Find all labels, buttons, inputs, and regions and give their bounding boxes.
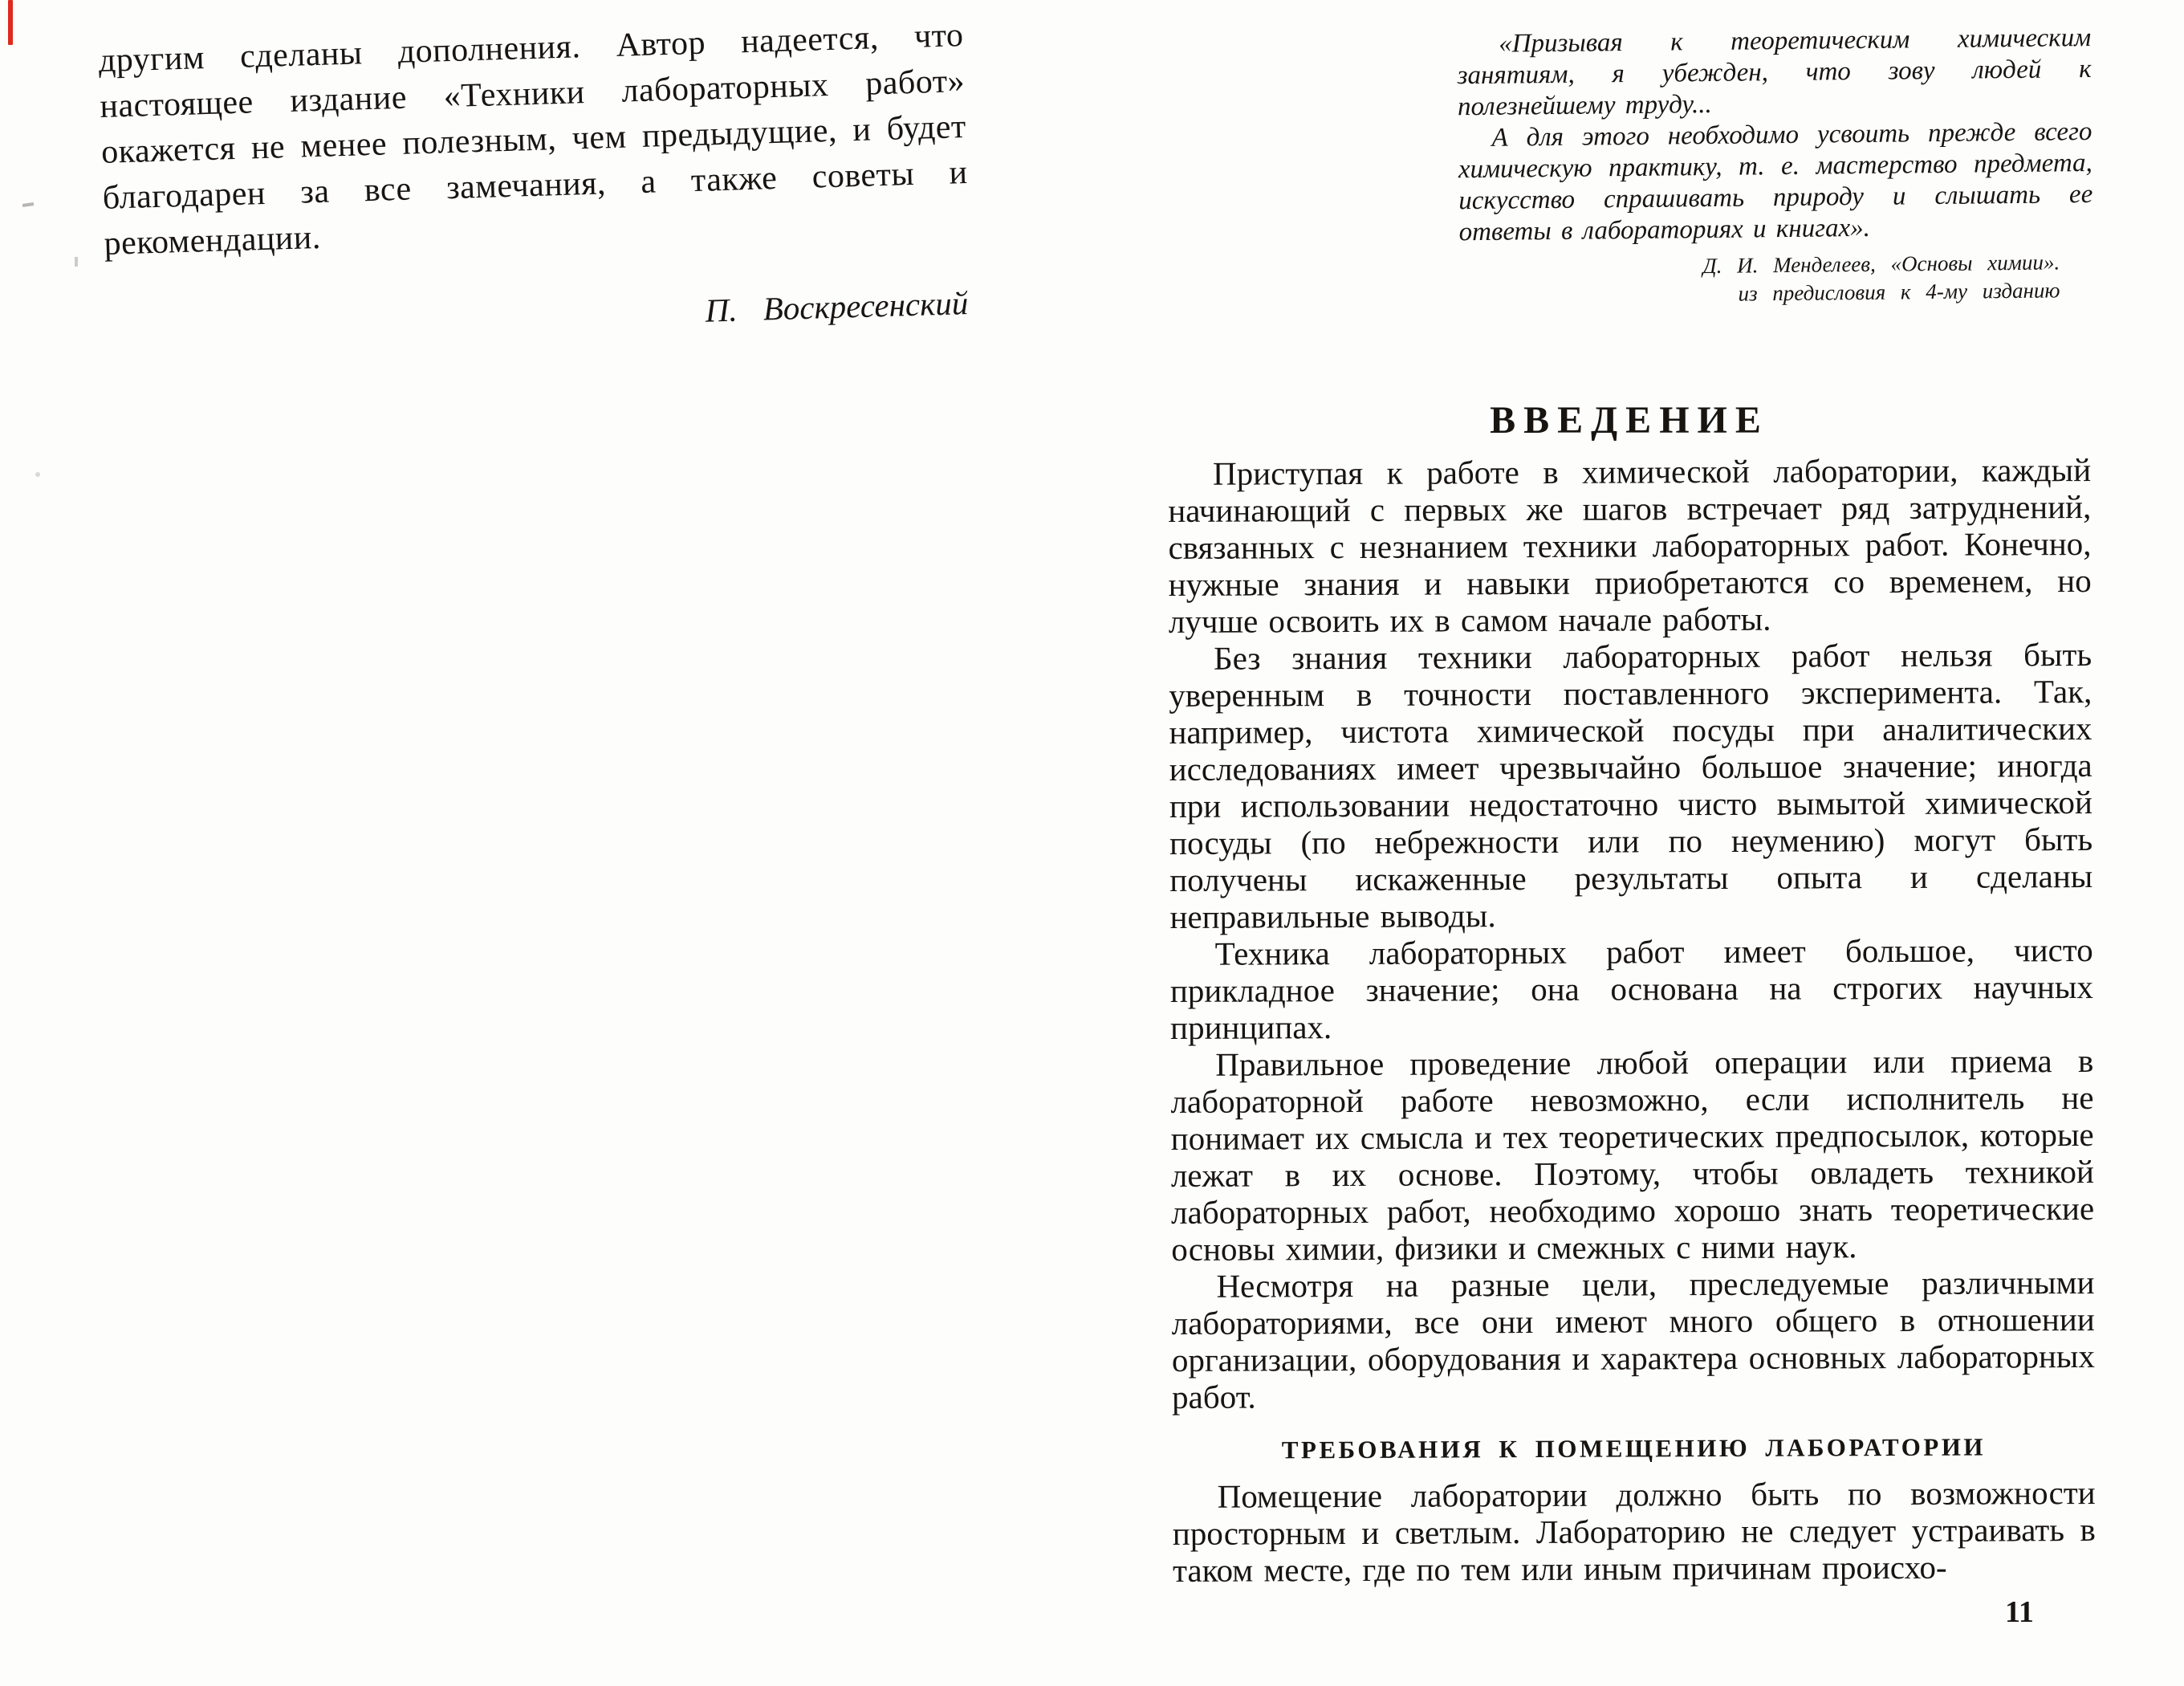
section-paragraph-1: Помещение лаборатории должно быть по воз… bbox=[1173, 1474, 2097, 1589]
author-signature: П. Воскресенский bbox=[106, 283, 972, 348]
intro-paragraph-2: Без знания техники лабораторных работ не… bbox=[1169, 636, 2093, 935]
attribution-source-line: из предисловия к 4-му изданию bbox=[1459, 276, 2060, 311]
intro-paragraph-5: Несмотря на разные цели, преследуемые ра… bbox=[1171, 1264, 2095, 1415]
preface-closing-paragraph: другим сделаны дополнения. Автор надеетс… bbox=[98, 13, 970, 267]
red-edge-mark bbox=[8, 0, 13, 45]
section-title: ТРЕБОВАНИЯ К ПОМЕЩЕНИЮ ЛАБОРАТОРИИ bbox=[1172, 1431, 2095, 1467]
epigraph-attribution: Д. И. Менделеев, «Основы химии». из пред… bbox=[1459, 248, 2094, 311]
introduction-body: Приступая к работе в химической лаборато… bbox=[1168, 451, 2096, 1589]
left-page: другим сделаны дополнения. Автор надеетс… bbox=[98, 13, 972, 348]
page-number: 11 bbox=[2005, 1594, 2034, 1630]
scan-speck bbox=[35, 472, 40, 477]
intro-paragraph-4: Правильное проведение любой операции или… bbox=[1170, 1042, 2094, 1268]
epigraph: «Призывая к теоретическим химическим зан… bbox=[1457, 22, 2094, 311]
epigraph-quote-part-1: «Призывая к теоретическим химическим зан… bbox=[1457, 22, 2092, 123]
book-spread-scan: другим сделаны дополнения. Автор надеетс… bbox=[0, 0, 2184, 1686]
scan-speck bbox=[75, 257, 78, 267]
scan-speck bbox=[22, 202, 34, 207]
intro-paragraph-3: Техника лабораторных работ имеет большое… bbox=[1170, 931, 2094, 1046]
chapter-title: ВВЕДЕНИЕ bbox=[1168, 399, 2091, 442]
right-page: «Призывая к теоретическим химическим зан… bbox=[1168, 22, 2091, 1589]
intro-paragraph-1: Приступая к работе в химической лаборато… bbox=[1168, 451, 2092, 640]
epigraph-quote-part-2: А для этого необходимо усвоить прежде вс… bbox=[1458, 116, 2093, 248]
